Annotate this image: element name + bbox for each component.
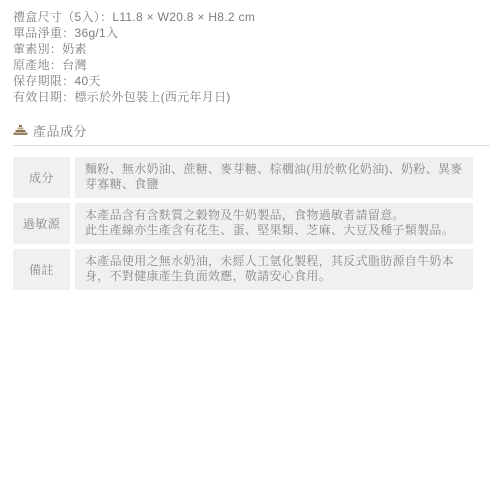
table-row-allergens: 過敏源 本產品含有含麩質之穀物及牛奶製品，食物過敏者請留意。 此生產線亦生產含有… <box>13 203 473 244</box>
spec-line-shelf-life: 保存期限：40天 <box>13 73 500 89</box>
row-label: 備註 <box>13 249 70 290</box>
section-title: 產品成分 <box>33 121 87 140</box>
table-row-ingredients: 成分 麵粉、無水奶油、蔗糖、麥芽糖、棕櫚油(用於軟化奶油)、奶粉、異麥芽寡糖、食… <box>13 157 473 198</box>
row-label: 過敏源 <box>13 203 70 244</box>
row-content: 本產品含有含麩質之穀物及牛奶製品，食物過敏者請留意。 此生產線亦生產含有花生、蛋… <box>75 203 473 244</box>
ingredients-section-header: 產品成分 <box>13 122 500 138</box>
layered-cake-icon <box>13 125 28 136</box>
row-content: 本產品使用之無水奶油，未經人工氫化製程，其反式脂肪源自牛奶本身，不對健康產生負面… <box>75 249 473 290</box>
ingredients-table: 成分 麵粉、無水奶油、蔗糖、麥芽糖、棕櫚油(用於軟化奶油)、奶粉、異麥芽寡糖、食… <box>13 157 473 290</box>
row-content: 麵粉、無水奶油、蔗糖、麥芽糖、棕櫚油(用於軟化奶油)、奶粉、異麥芽寡糖、食鹽 <box>75 157 473 198</box>
spec-line-origin: 原產地：台灣 <box>13 57 500 73</box>
spec-list: 禮盒尺寸（5入）：L11.8 × W20.8 × H8.2 cm 單品淨重：36… <box>0 0 500 105</box>
table-row-remarks: 備註 本產品使用之無水奶油，未經人工氫化製程，其反式脂肪源自牛奶本身，不對健康產… <box>13 249 473 290</box>
spec-line-expiry-date: 有效日期：標示於外包裝上(西元年月日) <box>13 89 500 105</box>
section-divider <box>13 145 490 146</box>
spec-line-box-size: 禮盒尺寸（5入）：L11.8 × W20.8 × H8.2 cm <box>13 9 500 25</box>
row-label: 成分 <box>13 157 70 198</box>
product-detail-page: 禮盒尺寸（5入）：L11.8 × W20.8 × H8.2 cm 單品淨重：36… <box>0 0 500 500</box>
spec-line-diet-type: 葷素別：奶素 <box>13 41 500 57</box>
spec-line-net-weight: 單品淨重：36g/1入 <box>13 25 500 41</box>
